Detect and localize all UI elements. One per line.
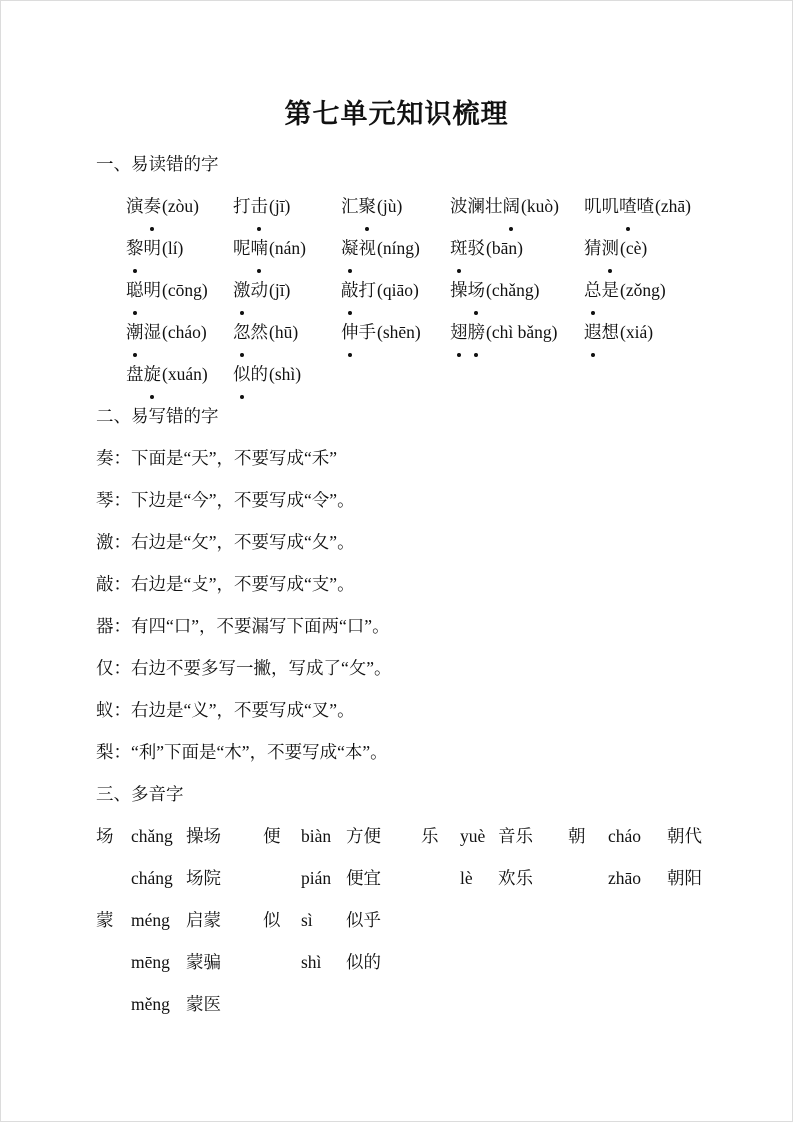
polyphone-pinyin: shì bbox=[301, 941, 346, 983]
hanzi-char: 波 bbox=[450, 185, 468, 227]
section-polyphones: 三、多音字 场chǎng操场便biàn方便乐yuè音乐朝cháo朝代cháng场… bbox=[1, 773, 792, 1025]
hanzi-char: 壮 bbox=[485, 185, 503, 227]
polyphone-group: 朝cháo朝代 bbox=[568, 815, 743, 857]
word-entry: 激动(jī) bbox=[233, 269, 341, 311]
word-entry: 翅膀(chì bǎng) bbox=[450, 311, 584, 353]
section-miswritten-characters: 二、易写错的字 奏：下面是“天”，不要写成“禾”琴：下边是“今”，不要写成“令”… bbox=[1, 395, 792, 773]
polyphone-pinyin: sì bbox=[301, 899, 346, 941]
polyphone-char: 乐 bbox=[421, 815, 460, 857]
section-polyphones-rows: 场chǎng操场便biàn方便乐yuè音乐朝cháo朝代cháng场院pián便… bbox=[1, 815, 792, 1025]
word-entry: 敲打(qiāo) bbox=[341, 269, 450, 311]
polyphone-group: cháng场院 bbox=[96, 857, 263, 899]
hanzi-char: 打 bbox=[359, 269, 377, 311]
polyphone-pinyin: yuè bbox=[460, 815, 498, 857]
word-entry: 伸手(shēn) bbox=[341, 311, 450, 353]
pinyin-word-row: 演奏(zòu)打击(jī)汇聚(jù)波澜壮阔(kuò)叽叽喳喳(zhā) bbox=[126, 185, 792, 227]
word-entry: 黎明(lí) bbox=[126, 227, 233, 269]
hanzi-char: 忽 bbox=[233, 311, 251, 353]
word-entry: 演奏(zòu) bbox=[126, 185, 233, 227]
polyphone-char: 蒙 bbox=[96, 899, 131, 941]
hanzi-char: 激 bbox=[233, 269, 251, 311]
hanzi-char: 斑 bbox=[450, 227, 468, 269]
polyphone-group: 似sì似乎 bbox=[263, 899, 421, 941]
hanzi-char: 湿 bbox=[144, 311, 162, 353]
pinyin-label: (jī) bbox=[268, 280, 290, 300]
hanzi-char: 伸 bbox=[341, 311, 359, 353]
word-entry: 似的(shì) bbox=[233, 353, 341, 395]
stroke-note-line: 奏：下面是“天”，不要写成“禾” bbox=[96, 437, 792, 479]
polyphone-group: 便biàn方便 bbox=[263, 815, 421, 857]
hanzi-char: 动 bbox=[251, 269, 269, 311]
hanzi-char: 汇 bbox=[341, 185, 359, 227]
hanzi-char: 明 bbox=[144, 227, 162, 269]
hanzi-char: 场 bbox=[468, 269, 486, 311]
word-entry: 聪明(cōng) bbox=[126, 269, 233, 311]
polyphone-row: mēng蒙骗shì似的 bbox=[96, 941, 792, 983]
pinyin-label: (hū) bbox=[268, 322, 298, 342]
hanzi-char: 盘 bbox=[126, 353, 144, 395]
hanzi-char: 凝 bbox=[341, 227, 359, 269]
hanzi-char: 是 bbox=[602, 269, 620, 311]
pinyin-label: (chì bǎng) bbox=[485, 322, 557, 342]
pinyin-label: (bān) bbox=[485, 238, 523, 258]
word-entry: 波澜壮阔(kuò) bbox=[450, 185, 584, 227]
hanzi-char: 明 bbox=[144, 269, 162, 311]
polyphone-word: 朝代 bbox=[667, 815, 702, 857]
hanzi-char: 敲 bbox=[341, 269, 359, 311]
polyphone-char: 便 bbox=[263, 815, 301, 857]
pinyin-label: (cháo) bbox=[161, 322, 207, 342]
word-entry: 叽叽喳喳(zhā) bbox=[584, 185, 691, 227]
polyphone-group: pián便宜 bbox=[263, 857, 421, 899]
stroke-note-line: 蚁：右边是“义”，不要写成“叉”。 bbox=[96, 689, 792, 731]
polyphone-pinyin: lè bbox=[460, 857, 498, 899]
polyphone-char: 似 bbox=[263, 899, 301, 941]
polyphone-group: shì似的 bbox=[263, 941, 421, 983]
hanzi-char: 呢 bbox=[233, 227, 251, 269]
polyphone-pinyin: mēng bbox=[131, 941, 186, 983]
hanzi-char: 的 bbox=[251, 353, 269, 395]
hanzi-char: 喳 bbox=[637, 185, 655, 227]
pinyin-word-row: 潮湿(cháo)忽然(hū)伸手(shēn)翅膀(chì bǎng)遐想(xiá… bbox=[126, 311, 792, 353]
pinyin-label: (chǎng) bbox=[485, 280, 539, 300]
hanzi-char: 黎 bbox=[126, 227, 144, 269]
stroke-note-line: 敲：右边是“攴”，不要写成“支”。 bbox=[96, 563, 792, 605]
pinyin-label: (jī) bbox=[268, 196, 290, 216]
hanzi-char: 潮 bbox=[126, 311, 144, 353]
section-polyphones-heading: 三、多音字 bbox=[96, 773, 792, 815]
polyphone-group: 蒙méng启蒙 bbox=[96, 899, 263, 941]
polyphone-pinyin: cháo bbox=[608, 815, 667, 857]
hanzi-char: 驳 bbox=[468, 227, 486, 269]
page-title: 第七单元知识梳理 bbox=[1, 1, 792, 133]
stroke-note-line: 梨：“利”下面是“木”，不要写成“本”。 bbox=[96, 731, 792, 773]
word-entry: 遐想(xiá) bbox=[584, 311, 653, 353]
hanzi-char: 总 bbox=[584, 269, 602, 311]
hanzi-char: 翅 bbox=[450, 311, 468, 353]
pinyin-label: (cè) bbox=[619, 238, 647, 258]
pinyin-label: (shì) bbox=[268, 364, 301, 384]
pinyin-word-row: 盘旋(xuán)似的(shì) bbox=[126, 353, 792, 395]
word-entry: 忽然(hū) bbox=[233, 311, 341, 353]
pinyin-label: (cōng) bbox=[161, 280, 208, 300]
hanzi-char: 猜 bbox=[584, 227, 602, 269]
polyphone-row: cháng场院pián便宜lè欢乐zhāo朝阳 bbox=[96, 857, 792, 899]
hanzi-char: 击 bbox=[251, 185, 269, 227]
hanzi-char: 手 bbox=[359, 311, 377, 353]
polyphone-pinyin: měng bbox=[131, 983, 186, 1025]
hanzi-char: 聪 bbox=[126, 269, 144, 311]
word-entry: 凝视(níng) bbox=[341, 227, 450, 269]
polyphone-pinyin: méng bbox=[131, 899, 186, 941]
section-miswritten-lines: 奏：下面是“天”，不要写成“禾”琴：下边是“今”，不要写成“令”。激：右边是“攵… bbox=[1, 437, 792, 773]
hanzi-char: 叽 bbox=[584, 185, 602, 227]
stroke-note-line: 器：有四“口”，不要漏写下面两“口”。 bbox=[96, 605, 792, 647]
polyphone-word: 蒙骗 bbox=[186, 941, 221, 983]
hanzi-char: 喃 bbox=[251, 227, 269, 269]
polyphone-pinyin: biàn bbox=[301, 815, 346, 857]
pinyin-label: (qiāo) bbox=[376, 280, 419, 300]
document-page: 第七单元知识梳理 一、易读错的字 演奏(zòu)打击(jī)汇聚(jù)波澜壮阔… bbox=[0, 0, 793, 1122]
polyphone-group: měng蒙医 bbox=[96, 983, 263, 1025]
polyphone-word: 欢乐 bbox=[498, 857, 533, 899]
pinyin-label: (zǒng) bbox=[619, 280, 666, 300]
stroke-note-line: 仅：右边不要多写一撇，写成了“攵”。 bbox=[96, 647, 792, 689]
pinyin-label: (zhā) bbox=[654, 196, 691, 216]
pinyin-label: (shēn) bbox=[376, 322, 421, 342]
section-miswritten-heading: 二、易写错的字 bbox=[96, 395, 792, 437]
section-misread-characters: 一、易读错的字 演奏(zòu)打击(jī)汇聚(jù)波澜壮阔(kuò)叽叽喳喳… bbox=[1, 143, 792, 395]
hanzi-char: 澜 bbox=[468, 185, 486, 227]
pinyin-label: (lí) bbox=[161, 238, 183, 258]
polyphone-word: 蒙医 bbox=[186, 983, 221, 1025]
polyphone-pinyin: cháng bbox=[131, 857, 186, 899]
polyphone-group: 乐yuè音乐 bbox=[421, 815, 568, 857]
hanzi-char: 视 bbox=[359, 227, 377, 269]
hanzi-char: 打 bbox=[233, 185, 251, 227]
pinyin-label: (jù) bbox=[376, 196, 402, 216]
polyphone-word: 似的 bbox=[346, 941, 381, 983]
hanzi-char: 叽 bbox=[602, 185, 620, 227]
polyphone-word: 方便 bbox=[346, 815, 381, 857]
word-entry: 操场(chǎng) bbox=[450, 269, 584, 311]
polyphone-group: lè欢乐 bbox=[421, 857, 568, 899]
polyphone-group: 场chǎng操场 bbox=[96, 815, 263, 857]
stroke-note-line: 琴：下边是“今”，不要写成“令”。 bbox=[96, 479, 792, 521]
section-misread-heading: 一、易读错的字 bbox=[96, 143, 792, 185]
pinyin-label: (zòu) bbox=[161, 196, 199, 216]
pinyin-word-row: 黎明(lí)呢喃(nán)凝视(níng)斑驳(bān)猜测(cè) bbox=[126, 227, 792, 269]
polyphone-group: zhāo朝阳 bbox=[568, 857, 743, 899]
hanzi-char: 遐 bbox=[584, 311, 602, 353]
hanzi-char: 想 bbox=[602, 311, 620, 353]
pinyin-label: (xiá) bbox=[619, 322, 653, 342]
polyphone-word: 似乎 bbox=[346, 899, 381, 941]
polyphone-pinyin: zhāo bbox=[608, 857, 667, 899]
pinyin-label: (xuán) bbox=[161, 364, 208, 384]
polyphone-word: 朝阳 bbox=[667, 857, 702, 899]
hanzi-char: 操 bbox=[450, 269, 468, 311]
pinyin-label: (nán) bbox=[268, 238, 306, 258]
hanzi-char: 测 bbox=[602, 227, 620, 269]
hanzi-char: 然 bbox=[251, 311, 269, 353]
hanzi-char: 演 bbox=[126, 185, 144, 227]
hanzi-char: 旋 bbox=[144, 353, 162, 395]
polyphone-word: 音乐 bbox=[498, 815, 533, 857]
word-entry: 潮湿(cháo) bbox=[126, 311, 233, 353]
hanzi-char: 似 bbox=[233, 353, 251, 395]
polyphone-char: 朝 bbox=[568, 815, 608, 857]
hanzi-char: 阔 bbox=[503, 185, 521, 227]
polyphone-row: měng蒙医 bbox=[96, 983, 792, 1025]
hanzi-char: 喳 bbox=[619, 185, 637, 227]
word-entry: 呢喃(nán) bbox=[233, 227, 341, 269]
polyphone-row: 蒙méng启蒙似sì似乎 bbox=[96, 899, 792, 941]
polyphone-pinyin: chǎng bbox=[131, 815, 186, 857]
pinyin-word-row: 聪明(cōng)激动(jī)敲打(qiāo)操场(chǎng)总是(zǒng) bbox=[126, 269, 792, 311]
section-misread-rows: 演奏(zòu)打击(jī)汇聚(jù)波澜壮阔(kuò)叽叽喳喳(zhā)黎明(… bbox=[1, 185, 792, 395]
polyphone-word: 场院 bbox=[186, 857, 221, 899]
word-entry: 斑驳(bān) bbox=[450, 227, 584, 269]
word-entry: 猜测(cè) bbox=[584, 227, 647, 269]
pinyin-label: (níng) bbox=[376, 238, 420, 258]
word-entry: 打击(jī) bbox=[233, 185, 341, 227]
word-entry: 盘旋(xuán) bbox=[126, 353, 233, 395]
polyphone-row: 场chǎng操场便biàn方便乐yuè音乐朝cháo朝代 bbox=[96, 815, 792, 857]
hanzi-char: 聚 bbox=[359, 185, 377, 227]
word-entry: 汇聚(jù) bbox=[341, 185, 450, 227]
polyphone-char: 场 bbox=[96, 815, 131, 857]
word-entry: 总是(zǒng) bbox=[584, 269, 666, 311]
hanzi-char: 膀 bbox=[468, 311, 486, 353]
polyphone-group: mēng蒙骗 bbox=[96, 941, 263, 983]
stroke-note-line: 激：右边是“攵”，不要写成“夂”。 bbox=[96, 521, 792, 563]
polyphone-word: 便宜 bbox=[346, 857, 381, 899]
polyphone-word: 操场 bbox=[186, 815, 221, 857]
polyphone-pinyin: pián bbox=[301, 857, 346, 899]
hanzi-char: 奏 bbox=[144, 185, 162, 227]
polyphone-word: 启蒙 bbox=[186, 899, 221, 941]
pinyin-label: (kuò) bbox=[520, 196, 559, 216]
